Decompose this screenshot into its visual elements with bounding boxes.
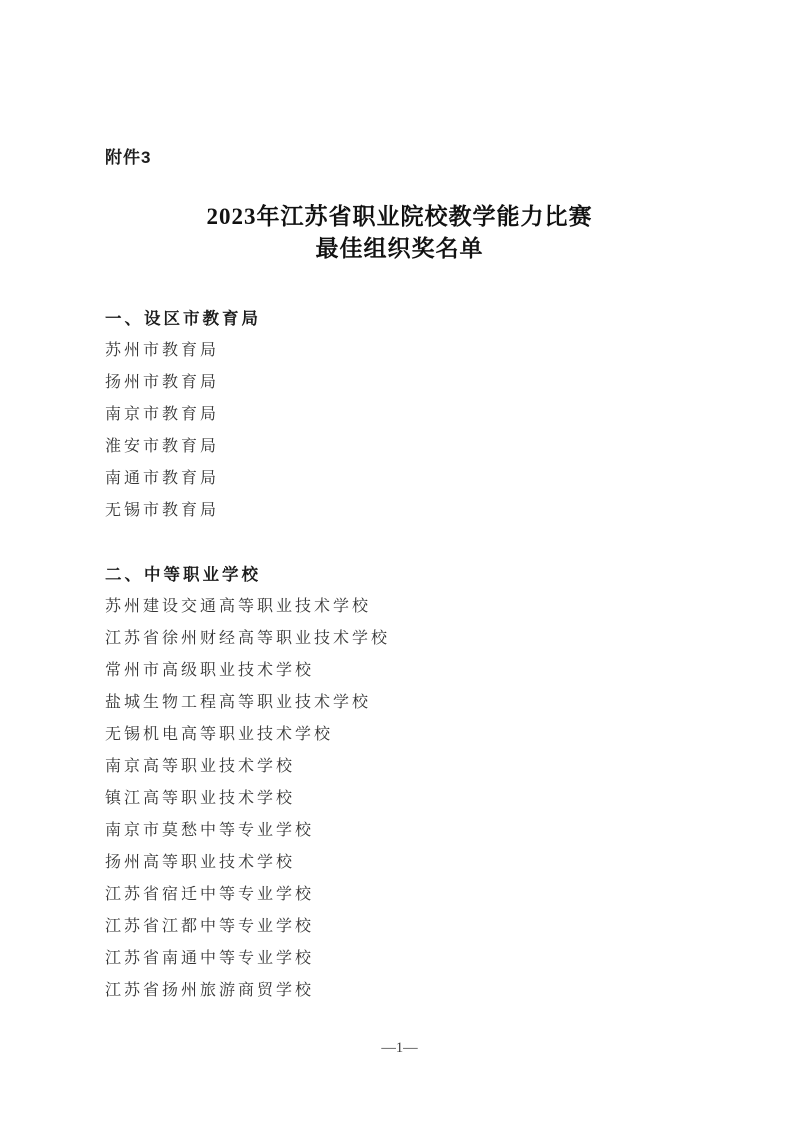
list-item: 南京市莫愁中等专业学校	[105, 815, 739, 847]
list-item: 淮安市教育局	[105, 431, 739, 463]
section-heading: 二、中等职业学校	[105, 559, 739, 591]
list-item: 盐城生物工程高等职业技术学校	[105, 687, 739, 719]
bureau-list: 苏州市教育局 扬州市教育局 南京市教育局 淮安市教育局 南通市教育局 无锡市教育…	[105, 335, 739, 527]
document-page: 附件3 2023年江苏省职业院校教学能力比赛 最佳组织奖名单 一、设区市教育局 …	[0, 0, 799, 1130]
list-item: 镇江高等职业技术学校	[105, 783, 739, 815]
list-item: 江苏省江都中等专业学校	[105, 911, 739, 943]
title-line-1: 2023年江苏省职业院校教学能力比赛	[207, 204, 593, 229]
list-item: 无锡机电高等职业技术学校	[105, 719, 739, 751]
list-item: 常州市高级职业技术学校	[105, 655, 739, 687]
page-number: —1—	[0, 1040, 799, 1057]
list-item: 江苏省徐州财经高等职业技术学校	[105, 623, 739, 655]
list-item: 扬州市教育局	[105, 367, 739, 399]
list-item: 江苏省宿迁中等专业学校	[105, 879, 739, 911]
document-title: 2023年江苏省职业院校教学能力比赛 最佳组织奖名单	[0, 201, 799, 265]
list-item: 南京高等职业技术学校	[105, 751, 739, 783]
list-item: 南通市教育局	[105, 463, 739, 495]
section-education-bureaus: 一、设区市教育局 苏州市教育局 扬州市教育局 南京市教育局 淮安市教育局 南通市…	[105, 303, 739, 527]
title-line-2: 最佳组织奖名单	[316, 236, 484, 261]
attachment-label: 附件3	[105, 146, 799, 170]
school-list: 苏州建设交通高等职业技术学校 江苏省徐州财经高等职业技术学校 常州市高级职业技术…	[105, 591, 739, 1007]
list-item: 江苏省南通中等专业学校	[105, 943, 739, 975]
list-item: 苏州市教育局	[105, 335, 739, 367]
section-vocational-schools: 二、中等职业学校 苏州建设交通高等职业技术学校 江苏省徐州财经高等职业技术学校 …	[105, 559, 739, 1007]
list-item: 江苏省扬州旅游商贸学校	[105, 975, 739, 1007]
list-item: 苏州建设交通高等职业技术学校	[105, 591, 739, 623]
list-item: 南京市教育局	[105, 399, 739, 431]
section-heading: 一、设区市教育局	[105, 303, 739, 335]
list-item: 扬州高等职业技术学校	[105, 847, 739, 879]
list-item: 无锡市教育局	[105, 495, 739, 527]
